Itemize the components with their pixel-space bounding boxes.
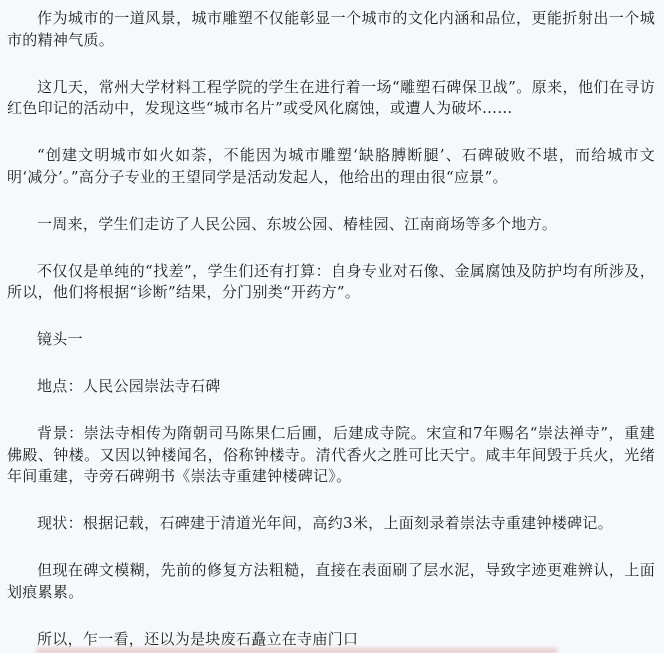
paragraph-status: 现状：根据记载，石碑建于清道光年间，高约3米，上面刻录着崇法寺重建钟楼碑记。 — [7, 513, 655, 535]
section-heading-scene-one: 镜头一 — [7, 329, 655, 351]
article-page: 作为城市的一道风景，城市雕塑不仅能彰显一个城市的文化内涵和品位，更能折射出一个城… — [0, 0, 664, 653]
paragraph-quote: “创建文明城市如火如荼，不能因为城市雕塑‘缺胳膊断腿’、石碑破败不堪，而给城市文… — [7, 145, 655, 188]
paragraph-plan: 不仅仅是单纯的“找差”，学生们还有打算：自身专业对石像、金属腐蚀及防护均有所涉及… — [7, 261, 655, 304]
paragraph-background: 背景：崇法寺相传为隋朝司马陈果仁后圃，后建成寺院。宋宣和7年赐名“崇法禅寺”，重… — [7, 423, 655, 488]
paragraph-event: 这几天，常州大学材料工程学院的学生在进行着一场“雕塑石碑保卫战”。原来，他们在寻… — [7, 77, 655, 120]
paragraph-location: 地点：人民公园崇法寺石碑 — [7, 376, 655, 398]
paragraph-condition: 但现在碑文模糊，先前的修复方法粗糙，直接在表面刷了层水泥，导致字迹更难辨认，上面… — [7, 560, 655, 603]
paragraph-conclusion: 所以，乍一看，还以为是块废石矗立在寺庙门口 — [7, 629, 655, 651]
paragraph-intro: 作为城市的一道风景，城市雕塑不仅能彰显一个城市的文化内涵和品位，更能折射出一个城… — [7, 8, 655, 51]
paragraph-visits: 一周来，学生们走访了人民公园、东坡公园、椿桂园、江南商场等多个地方。 — [7, 214, 655, 236]
